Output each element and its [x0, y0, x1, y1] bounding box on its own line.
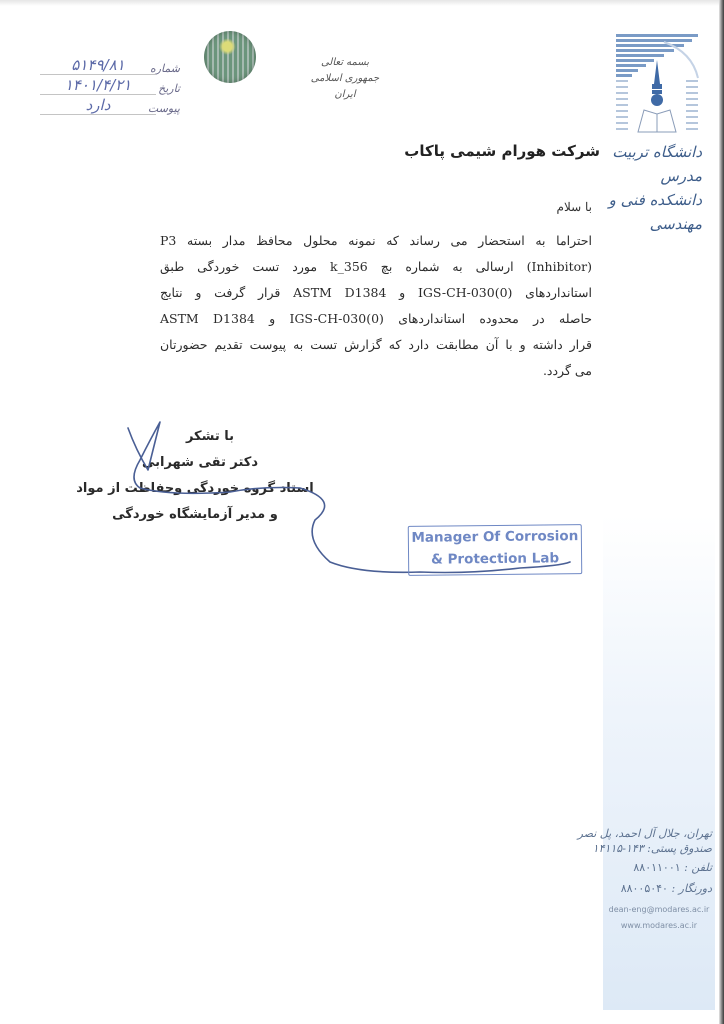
phone-label: تلفن : — [684, 861, 712, 874]
reference-date-value: ۱۴۰۱/۴/۲۱ — [40, 76, 156, 95]
reference-attachment-label: پیوست — [156, 102, 180, 115]
reference-number-row: شماره ۵۱۴۹/۸۱ — [40, 55, 180, 75]
fax-row: دورنگار : ۸۸۰۰۵۰۴۰ — [606, 881, 712, 896]
scan-top-edge — [0, 0, 724, 6]
reference-attachment-value: دارد — [40, 96, 156, 115]
letter-body: احتراما به استحضار می رساند که نمونه محل… — [160, 228, 592, 384]
stamp-line2: & Protection Lab — [409, 547, 581, 571]
stamp-line1: Manager Of Corrosion — [409, 525, 581, 549]
scan-right-edge — [719, 0, 724, 1024]
body-line: استانداردهای IGS-CH-030(0) و ASTM D1384 … — [160, 280, 592, 306]
invocation-line1: بسمه تعالی — [300, 55, 390, 71]
fax-value: ۸۸۰۰۵۰۴۰ — [621, 882, 668, 895]
fax-label: دورنگار : — [671, 882, 712, 895]
body-line: می گردد. — [160, 358, 592, 384]
university-name-line1: دانشگاه تربیت مدرس — [602, 140, 702, 188]
reference-number-value: ۵۱۴۹/۸۱ — [40, 56, 156, 75]
signatory-name: دکتر تقی شهرابی — [70, 450, 320, 476]
closing: با تشکر — [70, 424, 320, 450]
address-line1: تهران، جلال آل احمد، پل نصر — [606, 826, 712, 841]
invocation-line2: جمهوری اسلامی ایران — [300, 71, 390, 103]
university-name: دانشگاه تربیت مدرس دانشکده فنی و مهندسی — [602, 140, 702, 236]
phone-value: ۸۸۰۱۱۰۰۱ — [633, 861, 680, 874]
faculty-name: دانشکده فنی و مهندسی — [602, 188, 702, 236]
signature-block: با تشکر دکتر تقی شهرابی استاد گروه خوردگ… — [70, 424, 320, 528]
signatory-title-line1: استاد گروه خوردگی وحفاظت از مواد — [70, 476, 320, 502]
body-line: حاصله در محدوده استانداردهای IGS-CH-030(… — [160, 306, 592, 332]
body-line: قرار داشته و با آن مطابقت دارد که گزارش … — [160, 332, 592, 358]
reference-block: شماره ۵۱۴۹/۸۱ تاریخ ۱۴۰۱/۴/۲۱ پیوست دارد — [40, 55, 180, 115]
body-line: (Inhibitor) ارسالی به شماره بچ k_356 مور… — [160, 254, 592, 280]
lab-manager-stamp: Manager Of Corrosion & Protection Lab — [408, 524, 583, 576]
email-link[interactable]: dean-eng@modares.ac.ir — [606, 902, 712, 918]
salutation: با سلام — [470, 200, 592, 214]
letterhead-footer: تهران، جلال آل احمد، پل نصر صندوق پستی: … — [606, 826, 712, 934]
reference-date-label: تاریخ — [156, 82, 180, 95]
invocation-header: بسمه تعالی جمهوری اسلامی ایران — [300, 55, 390, 103]
tarbiat-modares-university-logo-icon — [614, 32, 700, 138]
address-line2: صندوق پستی: ۱۴۳-۱۴۱۱۵ — [606, 841, 712, 856]
website-link[interactable]: www.modares.ac.ir — [606, 918, 712, 934]
recipient-name: شرکت هورام شیمی پاکاب — [390, 142, 600, 160]
reference-attachment-row: پیوست دارد — [40, 95, 180, 115]
signatory-title-line2: و مدیر آزمایشگاه خوردگی — [70, 502, 320, 528]
reference-number-label: شماره — [156, 62, 180, 75]
security-hologram-icon — [204, 31, 256, 83]
body-line: احتراما به استحضار می رساند که نمونه محل… — [160, 228, 592, 254]
phone-row: تلفن : ۸۸۰۱۱۰۰۱ — [606, 860, 712, 875]
reference-date-row: تاریخ ۱۴۰۱/۴/۲۱ — [40, 75, 180, 95]
